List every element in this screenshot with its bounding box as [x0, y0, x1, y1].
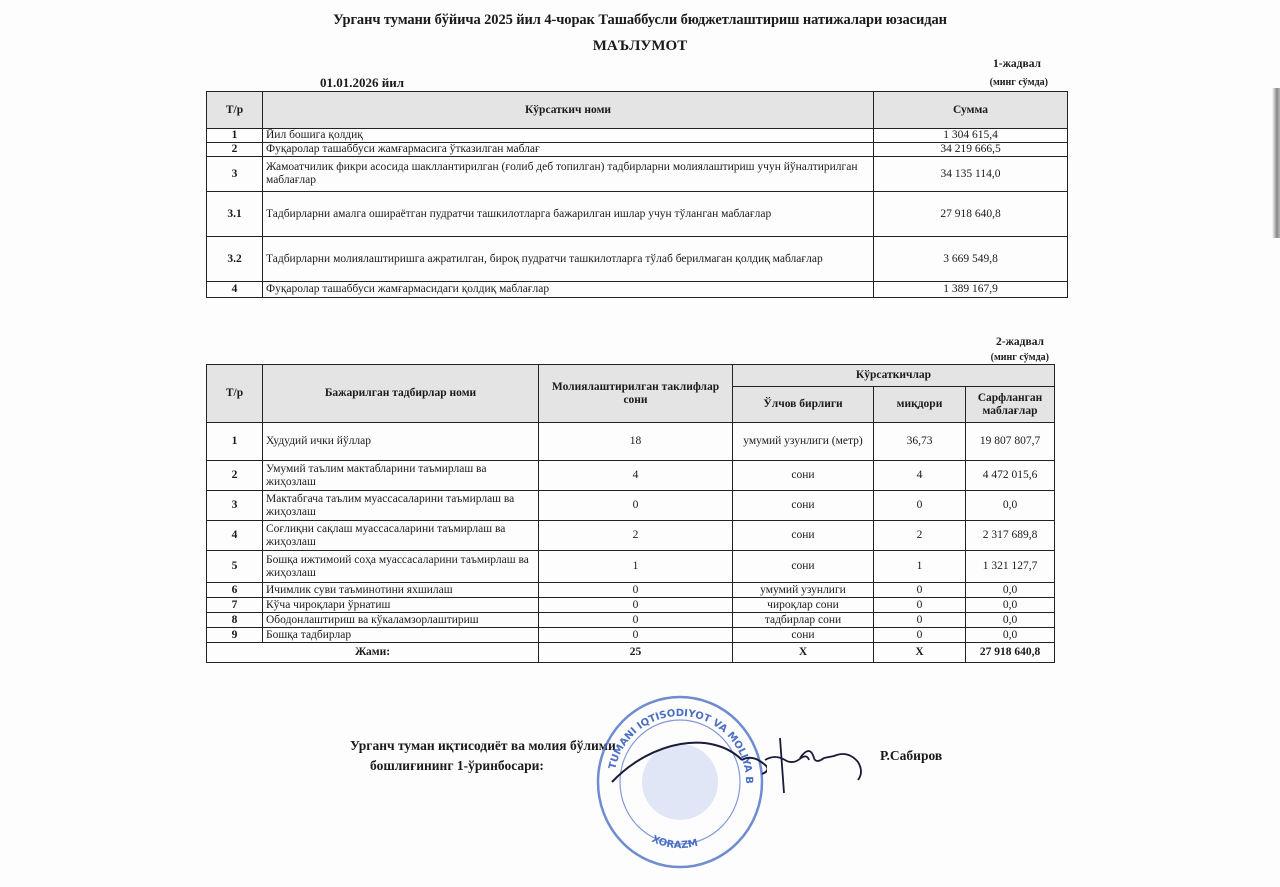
row-no: 2 [207, 461, 263, 491]
row-name: Бошқа тадбирлар [263, 628, 539, 643]
row-measure: умумий узунлиги [733, 583, 874, 598]
total-row: Жами: 25 Х Х 27 918 640,8 [207, 643, 1055, 663]
table-row: 8Ободонлаштириш ва кўкаламзорлаштириш0та… [207, 613, 1055, 628]
row-spent: 19 807 807,7 [966, 423, 1055, 461]
total-spent: 27 918 640,8 [966, 643, 1055, 663]
col-header-spent: Сарфланган маблағлар [966, 387, 1055, 423]
document-subtitle: МАЪЛУМОТ [0, 38, 1280, 55]
signatory-position-line2: бошлиғининг 1-ўринбосари: [350, 756, 616, 776]
col-header-no: Т/р [207, 365, 263, 423]
row-spent: 2 317 689,8 [966, 521, 1055, 551]
row-proposals: 0 [539, 613, 733, 628]
signatory-position-line1: Урганч туман иқтисодиёт ва молия бўлими [350, 736, 616, 756]
total-proposals: 25 [539, 643, 733, 663]
row-name: Мактабгача таълим муассасаларини таъмирл… [263, 491, 539, 521]
row-spent: 0,0 [966, 628, 1055, 643]
row-name: Умумий таълим мактабларини таъмирлаш ва … [263, 461, 539, 491]
row-measure: сони [733, 461, 874, 491]
signature-icon [760, 730, 870, 800]
row-no: 7 [207, 598, 263, 613]
row-no: 2 [207, 143, 263, 157]
table-row: 7Кўча чироқлари ўрнатиш0чироқлар сони00,… [207, 598, 1055, 613]
document-title: Урганч тумани бўйича 2025 йил 4-чорак Та… [0, 12, 1280, 29]
row-measure: чироқлар сони [733, 598, 874, 613]
row-name: Жамоатчилик фикри асосида шакллантирилга… [263, 157, 874, 192]
col-header-name: Кўрсаткич номи [263, 92, 874, 129]
row-quantity: 36,73 [874, 423, 966, 461]
row-no: 6 [207, 583, 263, 598]
row-no: 9 [207, 628, 263, 643]
svg-text:XORAZM: XORAZM [650, 834, 699, 851]
col-header-proposals: Молиялаштирилган таклифлар сони [539, 365, 733, 423]
row-measure: тадбирлар сони [733, 613, 874, 628]
table2-label: 2-жадвал [900, 336, 1044, 348]
row-quantity: 0 [874, 628, 966, 643]
row-name: Фуқаролар ташаббуси жамғармасига ўтказил… [263, 143, 874, 157]
row-quantity: 0 [874, 598, 966, 613]
table-row: 3Мактабгача таълим муассасаларини таъмир… [207, 491, 1055, 521]
row-proposals: 0 [539, 628, 733, 643]
row-no: 1 [207, 129, 263, 143]
row-no: 1 [207, 423, 263, 461]
row-sum: 1 304 615,4 [874, 129, 1068, 143]
col-header-no: Т/р [207, 92, 263, 129]
total-label: Жами: [207, 643, 539, 663]
row-name: Бошқа ижтимоий соҳа муассасаларини таъми… [263, 551, 539, 583]
row-spent: 0,0 [966, 583, 1055, 598]
page-edge-shadow [1272, 88, 1280, 238]
row-spent: 4 472 015,6 [966, 461, 1055, 491]
row-sum: 3 669 549,8 [874, 237, 1068, 282]
row-proposals: 18 [539, 423, 733, 461]
row-spent: 1 321 127,7 [966, 551, 1055, 583]
row-sum: 34 219 666,5 [874, 143, 1068, 157]
row-proposals: 0 [539, 583, 733, 598]
total-measure: Х [733, 643, 874, 663]
row-quantity: 0 [874, 583, 966, 598]
row-proposals: 4 [539, 461, 733, 491]
col-header-quantity: миқдори [874, 387, 966, 423]
row-measure: сони [733, 521, 874, 551]
row-name: Соғлиқни сақлаш муассасаларини таъмирлаш… [263, 521, 539, 551]
row-sum: 1 389 167,9 [874, 282, 1068, 298]
table2-unit: (минг сўмда) [900, 352, 1049, 363]
row-no: 5 [207, 551, 263, 583]
row-name: Тадбирларни молиялаштиришга ажратилган, … [263, 237, 874, 282]
row-measure: сони [733, 628, 874, 643]
table-row: 1Йил бошига қолдиқ1 304 615,4 [207, 129, 1068, 143]
row-no: 3.1 [207, 192, 263, 237]
row-name: Худудий ички йўллар [263, 423, 539, 461]
row-proposals: 0 [539, 598, 733, 613]
row-name: Фуқаролар ташаббуси жамғармасидаги қолди… [263, 282, 874, 298]
row-no: 8 [207, 613, 263, 628]
row-no: 3 [207, 157, 263, 192]
row-measure: сони [733, 491, 874, 521]
row-sum: 34 135 114,0 [874, 157, 1068, 192]
row-spent: 0,0 [966, 613, 1055, 628]
table-activities: Т/р Бажарилган тадбирлар номи Молиялашти… [206, 364, 1055, 663]
table-row: 5Бошқа ижтимоий соҳа муассасаларини таъм… [207, 551, 1055, 583]
row-spent: 0,0 [966, 598, 1055, 613]
row-quantity: 0 [874, 613, 966, 628]
row-name: Ичимлик суви таъминотини яхшилаш [263, 583, 539, 598]
row-proposals: 0 [539, 491, 733, 521]
row-spent: 0,0 [966, 491, 1055, 521]
table1-label: 1-жадвал [900, 58, 1041, 70]
total-quantity: Х [874, 643, 966, 663]
table1-unit: (минг сўмда) [900, 77, 1048, 88]
col-header-measure: Ўлчов бирлиги [733, 387, 874, 423]
row-quantity: 1 [874, 551, 966, 583]
table-row: 2Умумий таълим мактабларини таъмирлаш ва… [207, 461, 1055, 491]
col-header-indicators: Кўрсаткичлар [733, 365, 1055, 387]
row-measure: умумий узунлиги (метр) [733, 423, 874, 461]
row-no: 3.2 [207, 237, 263, 282]
row-name: Тадбирларни амалга ошираётган пудратчи т… [263, 192, 874, 237]
signatory-position: Урганч туман иқтисодиёт ва молия бўлими … [350, 736, 616, 776]
row-quantity: 2 [874, 521, 966, 551]
row-proposals: 1 [539, 551, 733, 583]
row-quantity: 0 [874, 491, 966, 521]
row-measure: сони [733, 551, 874, 583]
report-date: 01.01.2026 йил [320, 75, 404, 91]
row-no: 4 [207, 521, 263, 551]
col-header-sum: Сумма [874, 92, 1068, 129]
table-row: 2Фуқаролар ташаббуси жамғармасига ўткази… [207, 143, 1068, 157]
row-no: 4 [207, 282, 263, 298]
table-row: 6Ичимлик суви таъминотини яхшилаш0умумий… [207, 583, 1055, 598]
signatory-name: Р.Сабиров [880, 748, 942, 764]
row-quantity: 4 [874, 461, 966, 491]
table-row: 9Бошқа тадбирлар0сони00,0 [207, 628, 1055, 643]
table-row: 4Соғлиқни сақлаш муассасаларини таъмирла… [207, 521, 1055, 551]
table-row: 3.2Тадбирларни молиялаштиришга ажратилга… [207, 237, 1068, 282]
table-indicators: Т/р Кўрсаткич номи Сумма 1Йил бошига қол… [206, 91, 1068, 298]
row-name: Кўча чироқлари ўрнатиш [263, 598, 539, 613]
official-stamp-icon: TUMANI IQTISODIYOT VA MOLIYA BO'LIMI XOR… [592, 690, 767, 870]
row-no: 3 [207, 491, 263, 521]
col-header-name: Бажарилган тадбирлар номи [263, 365, 539, 423]
row-name: Ободонлаштириш ва кўкаламзорлаштириш [263, 613, 539, 628]
table-row: 3.1Тадбирларни амалга ошираётган пудратч… [207, 192, 1068, 237]
row-sum: 27 918 640,8 [874, 192, 1068, 237]
table-row: 3Жамоатчилик фикри асосида шакллантирилг… [207, 157, 1068, 192]
row-name: Йил бошига қолдиқ [263, 129, 874, 143]
row-proposals: 2 [539, 521, 733, 551]
table-row: 4Фуқаролар ташаббуси жамғармасидаги қолд… [207, 282, 1068, 298]
table-row: 1Худудий ички йўллар18умумий узунлиги (м… [207, 423, 1055, 461]
